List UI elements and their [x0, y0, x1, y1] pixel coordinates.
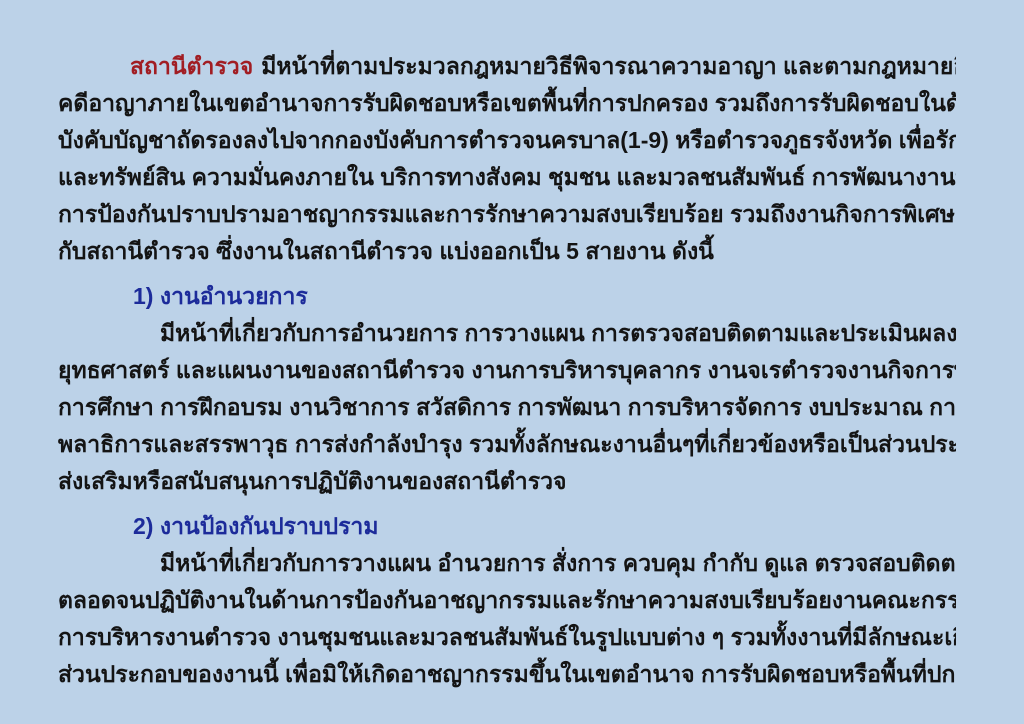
- section-1-line: มีหน้าที่เกี่ยวกับการอำนวยการ การวางแผน …: [58, 315, 956, 352]
- document-page: สถานีตำรวจมีหน้าที่ตามประมวลกฎหมายวิธีพิ…: [0, 0, 1024, 724]
- section-heading-1: 1) งานอำนวยการ: [133, 278, 956, 315]
- section-1-line: การศึกษา การฝึกอบรม งานวิชาการ สวัสดิการ…: [58, 389, 956, 426]
- intro-paragraph: สถานีตำรวจมีหน้าที่ตามประมวลกฎหมายวิธีพิ…: [58, 48, 956, 270]
- intro-line: และทรัพย์สิน ความมั่นคงภายใน บริการทางสั…: [58, 159, 956, 196]
- intro-line: สถานีตำรวจมีหน้าที่ตามประมวลกฎหมายวิธีพิ…: [58, 48, 956, 85]
- section-2-line: ส่วนประกอบของงานนี้ เพื่อมิให้เกิดอาชญาก…: [58, 656, 956, 693]
- section-2-line: ตลอดจนปฏิบัติงานในด้านการป้องกันอาชญากรร…: [58, 582, 956, 619]
- section-1-line: ยุทธศาสตร์ และแผนงานของสถานีตำรวจ งานการ…: [58, 352, 956, 389]
- section-1-paragraph: มีหน้าที่เกี่ยวกับการอำนวยการ การวางแผน …: [58, 315, 956, 500]
- section-1-line: ส่งเสริมหรือสนับสนุนการปฏิบัติงานของสถาน…: [58, 463, 956, 500]
- intro-line-text: มีหน้าที่ตามประมวลกฎหมายวิธีพิจารณาความอ…: [261, 53, 956, 79]
- intro-line: การป้องกันปราบปรามอาชญากรรมและการรักษาคว…: [58, 196, 956, 233]
- section-1-line: พลาธิการและสรรพาวุธ การส่งกำลังบำรุง รวม…: [58, 426, 956, 463]
- section-2-line: มีหน้าที่เกี่ยวกับการวางแผน อำนวยการ สั่…: [58, 545, 956, 582]
- section-2-line: การบริหารงานตำรวจ งานชุมชนและมวลชนสัมพัน…: [58, 619, 956, 656]
- lead-word-police-station: สถานีตำรวจ: [130, 53, 261, 79]
- intro-line: กับสถานีตำรวจ ซึ่งงานในสถานีตำรวจ แบ่งออ…: [58, 233, 956, 270]
- section-heading-2: 2) งานป้องกันปราบปราม: [133, 508, 956, 545]
- intro-line: บังคับบัญชาถัดรองลงไปจากกองบังคับการตำรว…: [58, 122, 956, 159]
- section-2-paragraph: มีหน้าที่เกี่ยวกับการวางแผน อำนวยการ สั่…: [58, 545, 956, 693]
- intro-line: คดีอาญาภายในเขตอำนาจการรับผิดชอบหรือเขตพ…: [58, 85, 956, 122]
